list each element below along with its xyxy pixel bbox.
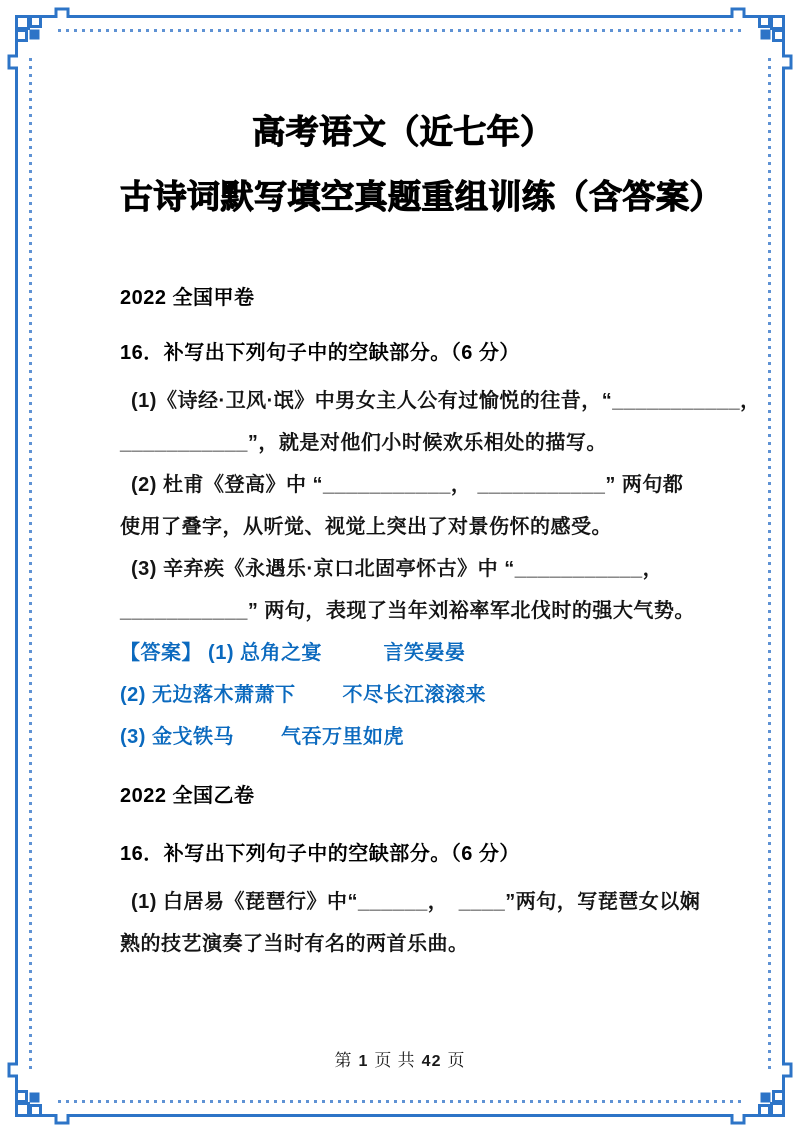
footer-middle: 页 共 [374, 1051, 415, 1070]
worksheet-page: { "doc": { "title1": "高考语文（近七年）", "title… [0, 0, 800, 1132]
answer-line: (2) 无边落木萧萧下 不尽长江滚滚来 [120, 674, 686, 716]
section-heading: 2022 全国甲卷 [120, 277, 686, 319]
document-title-line1: 高考语文（近七年） [120, 108, 686, 156]
question-line: 熟的技艺演奏了当时有名的两首乐曲。 [120, 923, 686, 965]
question-line: (1)《诗经·卫风·氓》中男女主人公有过愉悦的往昔，“___________， [120, 380, 686, 422]
document-title-line2: 古诗词默写填空真题重组训练（含答案） [120, 173, 686, 221]
question-stem: 16．补写出下列句子中的空缺部分。（6 分） [120, 332, 686, 374]
question-line: (2) 杜甫《登高》中 “___________， ___________” 两… [120, 464, 686, 506]
question-stem: 16．补写出下列句子中的空缺部分。（6 分） [120, 833, 686, 875]
question-line: ___________”，就是对他们小时候欢乐相处的描写。 [120, 422, 686, 464]
answer-line: 【答案】 (1) 总角之宴 言笑晏晏 [120, 632, 686, 674]
footer-suffix: 页 [447, 1051, 465, 1070]
footer-page-number: 1 [359, 1053, 369, 1070]
section-heading: 2022 全国乙卷 [120, 775, 686, 817]
footer-total-pages: 42 [422, 1053, 442, 1070]
question-line: (1) 白居易《琵琶行》中“______， ____”两句，写琵琶女以娴 [120, 881, 686, 923]
document-body: 高考语文（近七年） 古诗词默写填空真题重组训练（含答案） 2022 全国甲卷 1… [120, 0, 686, 965]
question-line: ___________” 两句，表现了当年刘裕率军北伐时的强大气势。 [120, 590, 686, 632]
answer-line: (3) 金戈铁马 气吞万里如虎 [120, 716, 686, 758]
question-line: (3) 辛弃疾《永遇乐·京口北固亭怀古》中 “___________， [120, 548, 686, 590]
question-line: 使用了叠字，从听觉、视觉上突出了对景伤怀的感受。 [120, 506, 686, 548]
footer-prefix: 第 [335, 1051, 353, 1070]
page-footer: 第1页 共42页 [0, 1046, 800, 1071]
